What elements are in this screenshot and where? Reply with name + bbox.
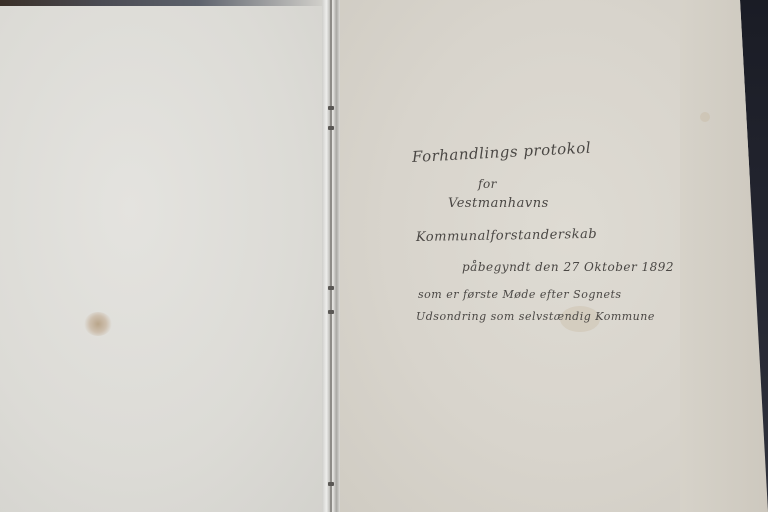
handwritten-line-6: som er første Møde efter Sognets: [418, 288, 622, 301]
binding-stitch: [328, 482, 334, 486]
spine-gutter-line: [330, 0, 332, 512]
binding-stitch: [328, 310, 334, 314]
handwritten-line-5: påbegyndt den 27 Oktober 1892: [462, 260, 674, 274]
ledger-photo: Forhandlings protokol for Vestmanhavns K…: [0, 0, 768, 512]
handwritten-line-3: Vestmanhavns: [448, 196, 549, 211]
handwritten-line-7: Udsondring som selvstændig Kommune: [416, 310, 655, 323]
binding-stitch: [328, 106, 334, 110]
handwritten-line-2: for: [478, 177, 497, 191]
left-blank-page: [0, 6, 326, 512]
page-stain: [84, 312, 112, 336]
handwritten-line-4: Kommunalforstanderskab: [416, 227, 597, 245]
binding-stitch: [328, 286, 334, 290]
binding-stitch: [328, 126, 334, 130]
page-stain: [700, 112, 710, 122]
